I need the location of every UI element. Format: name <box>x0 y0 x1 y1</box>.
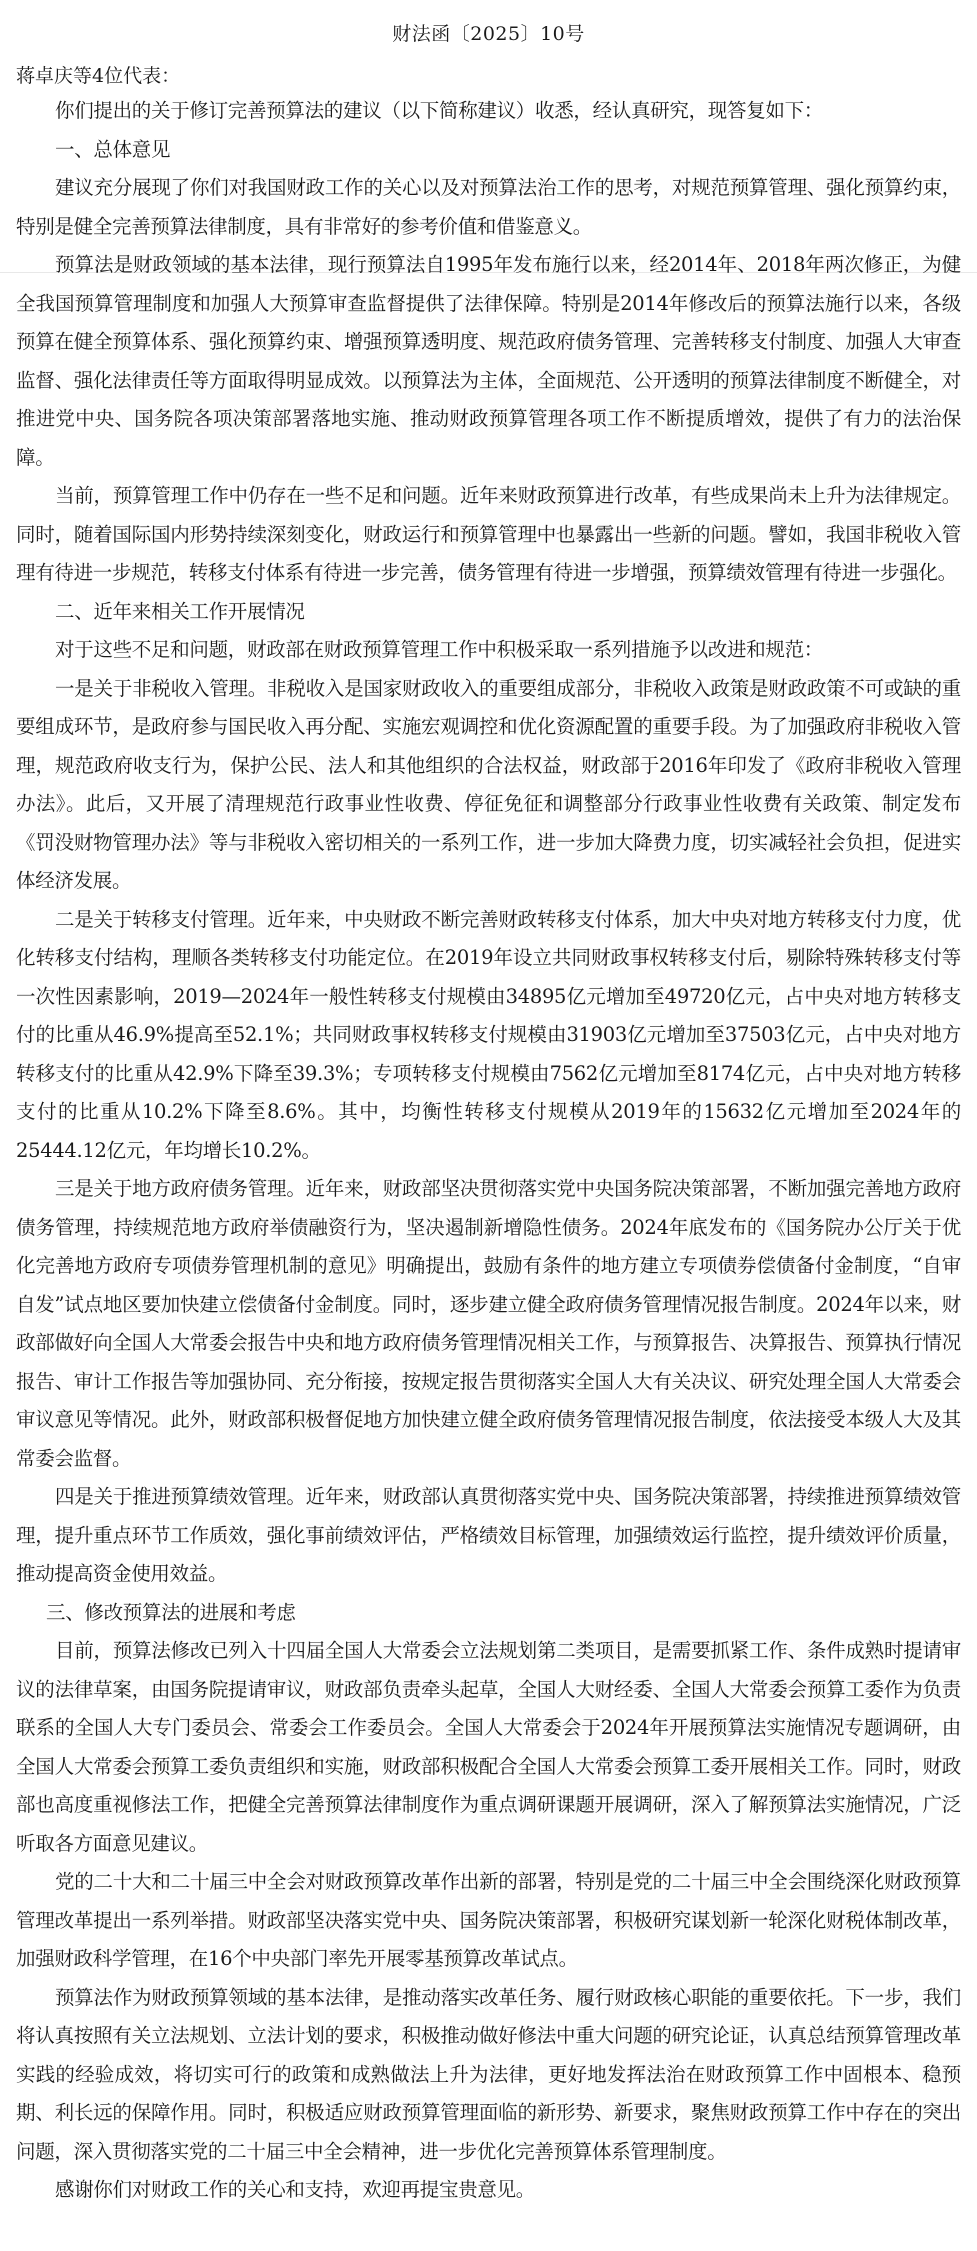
body-paragraph: 目前，预算法修改已列入十四届全国人大常委会立法规划第二类项目，是需要抓紧工作、条… <box>16 1632 961 1863</box>
closing-paragraph: 感谢你们对财政工作的关心和支持，欢迎再提宝贵意见。 <box>16 2171 961 2210</box>
body-paragraph: 党的二十大和二十届三中全会对财政预算改革作出新的部署，特别是党的二十届三中全会围… <box>16 1863 961 1979</box>
body-paragraph: 建议充分展现了你们对我国财政工作的关心以及对预算法治工作的思考，对规范预算管理、… <box>16 169 961 246</box>
salutation: 蒋卓庆等4位代表： <box>16 56 961 92</box>
section-heading-overall-opinion: 一、总体意见 <box>16 131 961 170</box>
body-paragraph-performance-management: 四是关于推进预算绩效管理。近年来，财政部认真贯彻落实党中央、国务院决策部署，持续… <box>16 1478 961 1594</box>
reply-letter-document: 财法函〔2025〕10号 蒋卓庆等4位代表： 你们提出的关于修订完善预算法的建议… <box>16 0 961 2210</box>
body-paragraph-non-tax-revenue: 一是关于非税收入管理。非税收入是国家财政收入的重要组成部分，非税收入政策是财政政… <box>16 670 961 901</box>
section-heading-recent-work: 二、近年来相关工作开展情况 <box>16 593 961 632</box>
section-heading-amendment-progress: 三、修改预算法的进展和考虑 <box>16 1594 961 1633</box>
body-paragraph-transfer-payments: 二是关于转移支付管理。近年来，中央财政不断完善财政转移支付体系，加大中央对地方转… <box>16 901 961 1171</box>
body-paragraph-local-debt: 三是关于地方政府债务管理。近年来，财政部坚决贯彻落实党中央国务院决策部署，不断加… <box>16 1170 961 1478</box>
body-paragraph: 预算法是财政领域的基本法律，现行预算法自1995年发布施行以来，经2014年、2… <box>16 246 961 477</box>
body-paragraph: 预算法作为财政预算领域的基本法律，是推动落实改革任务、履行财政核心职能的重要依托… <box>16 1979 961 2172</box>
intro-paragraph: 你们提出的关于修订完善预算法的建议（以下简称建议）收悉，经认真研究，现答复如下： <box>16 92 961 131</box>
document-number-title: 财法函〔2025〕10号 <box>16 24 961 50</box>
body-paragraph: 当前，预算管理工作中仍存在一些不足和问题。近年来财政预算进行改革，有些成果尚未上… <box>16 477 961 593</box>
body-paragraph: 对于这些不足和问题，财政部在财政预算管理工作中积极采取一系列措施予以改进和规范： <box>16 631 961 670</box>
